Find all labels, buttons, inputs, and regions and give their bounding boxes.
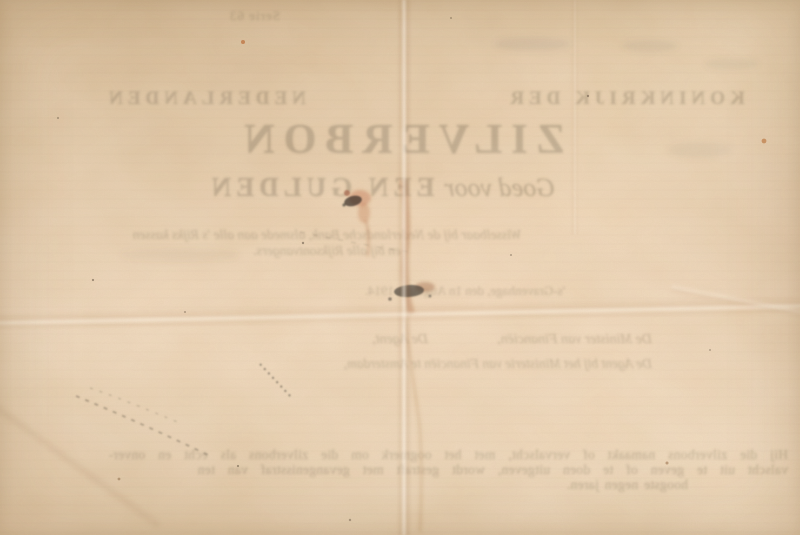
edge-vignette [0, 0, 800, 535]
scanned-voucher-back: Serie 63 KONINKRIJK DER NEDERLANDEN ZILV… [0, 0, 800, 535]
